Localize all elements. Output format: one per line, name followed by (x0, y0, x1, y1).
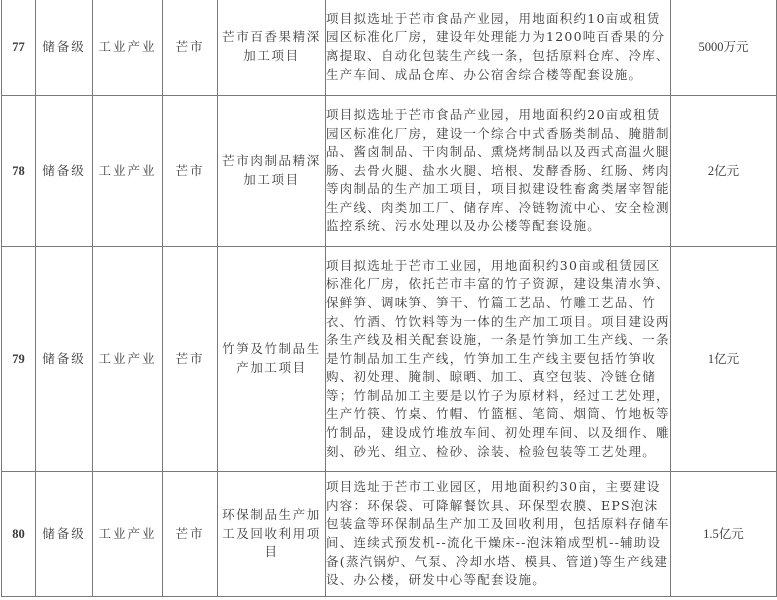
table-row: 77 储备级 工业产业 芒市 芒市百香果精深加工项目 项目拟选址于芒市食品产业园… (2, 0, 777, 96)
investment-amount: 5000万元 (671, 0, 777, 96)
project-location: 芒市 (163, 96, 218, 247)
industry-type: 工业产业 (93, 96, 163, 247)
table-row: 80 储备级 工业产业 芒市 环保制品生产加工及回收利用项目 项目选址于芒市工业… (2, 472, 777, 597)
row-number: 80 (2, 472, 36, 597)
investment-amount: 1亿元 (671, 247, 777, 472)
project-location: 芒市 (163, 247, 218, 472)
industry-type: 工业产业 (93, 472, 163, 597)
row-number: 79 (2, 247, 36, 472)
row-number: 78 (2, 96, 36, 247)
project-level: 储备级 (36, 0, 93, 96)
project-table: 77 储备级 工业产业 芒市 芒市百香果精深加工项目 项目拟选址于芒市食品产业园… (1, 0, 777, 597)
investment-amount: 1.5亿元 (671, 472, 777, 597)
row-number: 77 (2, 0, 36, 96)
project-name: 环保制品生产加工及回收利用项目 (218, 472, 326, 597)
project-level: 储备级 (36, 472, 93, 597)
project-name: 芒市百香果精深加工项目 (218, 0, 326, 96)
table-row: 79 储备级 工业产业 芒市 竹笋及竹制品生产加工项目 项目拟选址于芒市工业园，… (2, 247, 777, 472)
industry-type: 工业产业 (93, 247, 163, 472)
project-level: 储备级 (36, 247, 93, 472)
table-row: 78 储备级 工业产业 芒市 芒市肉制品精深加工项目 项目拟选址于芒市食品产业园… (2, 96, 777, 247)
project-location: 芒市 (163, 0, 218, 96)
project-description: 项目拟选址于芒市工业园，用地面积约30亩或租赁园区标准化厂房，依托芒市丰富的竹子… (326, 247, 671, 472)
project-name: 芒市肉制品精深加工项目 (218, 96, 326, 247)
project-description: 项目选址于芒市工业园区，用地面积约30亩，主要建设内容：环保袋、可降解餐饮具、环… (326, 472, 671, 597)
project-description: 项目拟选址于芒市食品产业园，用地面积约10亩或租赁园区标准化厂房，建设年处理能力… (326, 0, 671, 96)
investment-amount: 2亿元 (671, 96, 777, 247)
project-name: 竹笋及竹制品生产加工项目 (218, 247, 326, 472)
project-location: 芒市 (163, 472, 218, 597)
project-level: 储备级 (36, 96, 93, 247)
industry-type: 工业产业 (93, 0, 163, 96)
project-description: 项目拟选址于芒市食品产业园，用地面积约20亩或租赁园区标准化厂房，建设一个综合中… (326, 96, 671, 247)
